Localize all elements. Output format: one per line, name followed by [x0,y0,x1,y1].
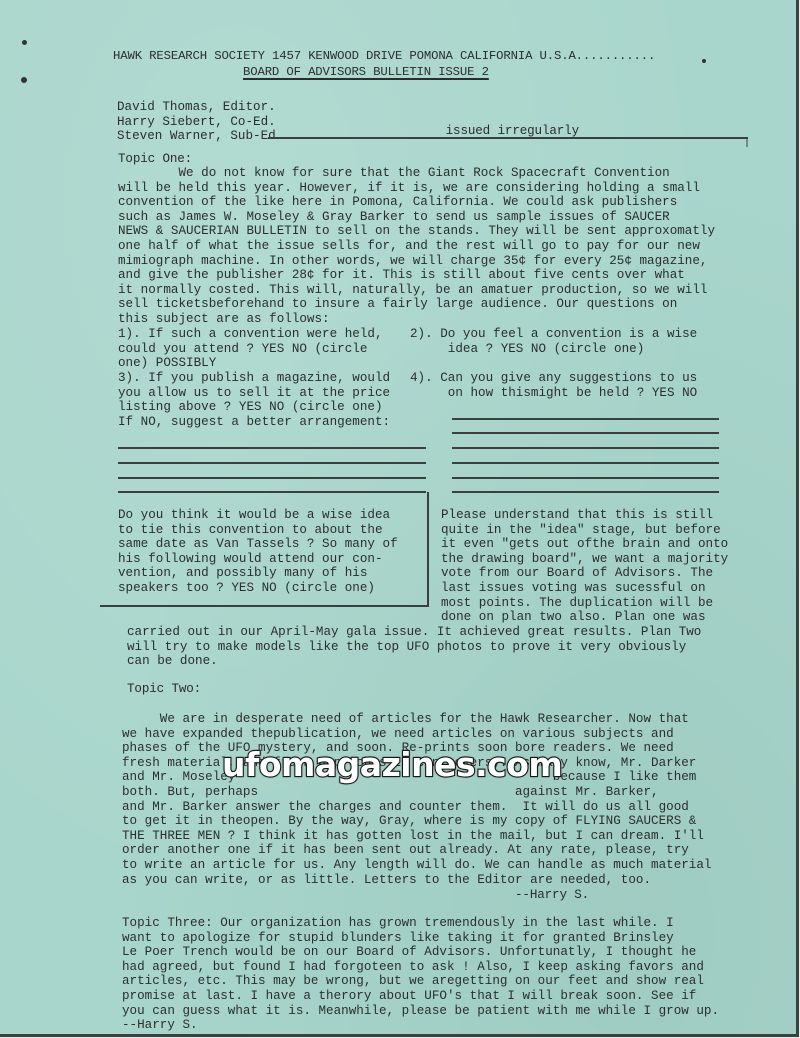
staff-sub-editor: Steven Warner, Sub-Ed. [117,129,283,144]
answer-line-q3 [118,447,426,449]
topic-one-body: We do not know for sure that the Giant R… [118,166,715,327]
plan-two-note: carried out in our April-May gala issue.… [127,625,701,669]
question-4: 4). Can you give any suggestions to us o… [410,371,697,400]
staff-editor: David Thomas, Editor. [117,100,283,115]
van-tassel-question: Do you think it would be a wise idea to … [118,508,398,596]
question-2: 2). Do you feel a convention is a wise i… [410,327,697,356]
answer-line-q4 [452,491,719,493]
bulletin-page: HAWK RESEARCH SOCIETY 1457 KENWOOD DRIVE… [0,0,799,1037]
punch-hole [22,40,27,45]
answer-line-q4 [452,418,719,420]
topic-two-signature: --Harry S. [515,888,589,903]
bulletin-title: BOARD OF ADVISORS BULLETIN ISSUE 2 [243,65,489,80]
topic-two-body: We are in desperate need of articles for… [122,712,711,887]
answer-line-q3 [118,491,426,493]
punch-hole [702,59,706,63]
site-watermark: ufomagazines.com [222,758,562,773]
header-divider-tick [746,137,748,147]
header-divider [268,137,748,139]
staff-list: David Thomas, Editor. Harry Siebert, Co-… [117,100,283,144]
answer-line-q4 [452,447,719,449]
answer-line-q3 [118,477,426,479]
box-divider-vertical [427,492,429,606]
topic-three-body: Topic Three: Our organization has grown … [122,916,719,1033]
society-header: HAWK RESEARCH SOCIETY 1457 KENWOOD DRIVE… [113,49,655,64]
idea-stage-note: Please understand that this is still qui… [441,508,728,625]
staff-co-editor: Harry Siebert, Co-Ed. [117,115,283,130]
answer-line-q3 [118,462,426,464]
answer-line-q4 [452,432,719,434]
answer-line-q4 [452,477,719,479]
punch-hole [21,77,27,83]
issued-note: issued irregularly [416,109,579,153]
answer-line-q4 [452,462,719,464]
topic-one-heading: Topic One: [118,152,192,167]
question-3: 3). If you publish a magazine, would you… [118,371,390,429]
box-divider-bottom [100,605,429,607]
question-1: 1). If such a convention were held, coul… [118,327,383,371]
topic-two-heading: Topic Two: [127,682,201,697]
